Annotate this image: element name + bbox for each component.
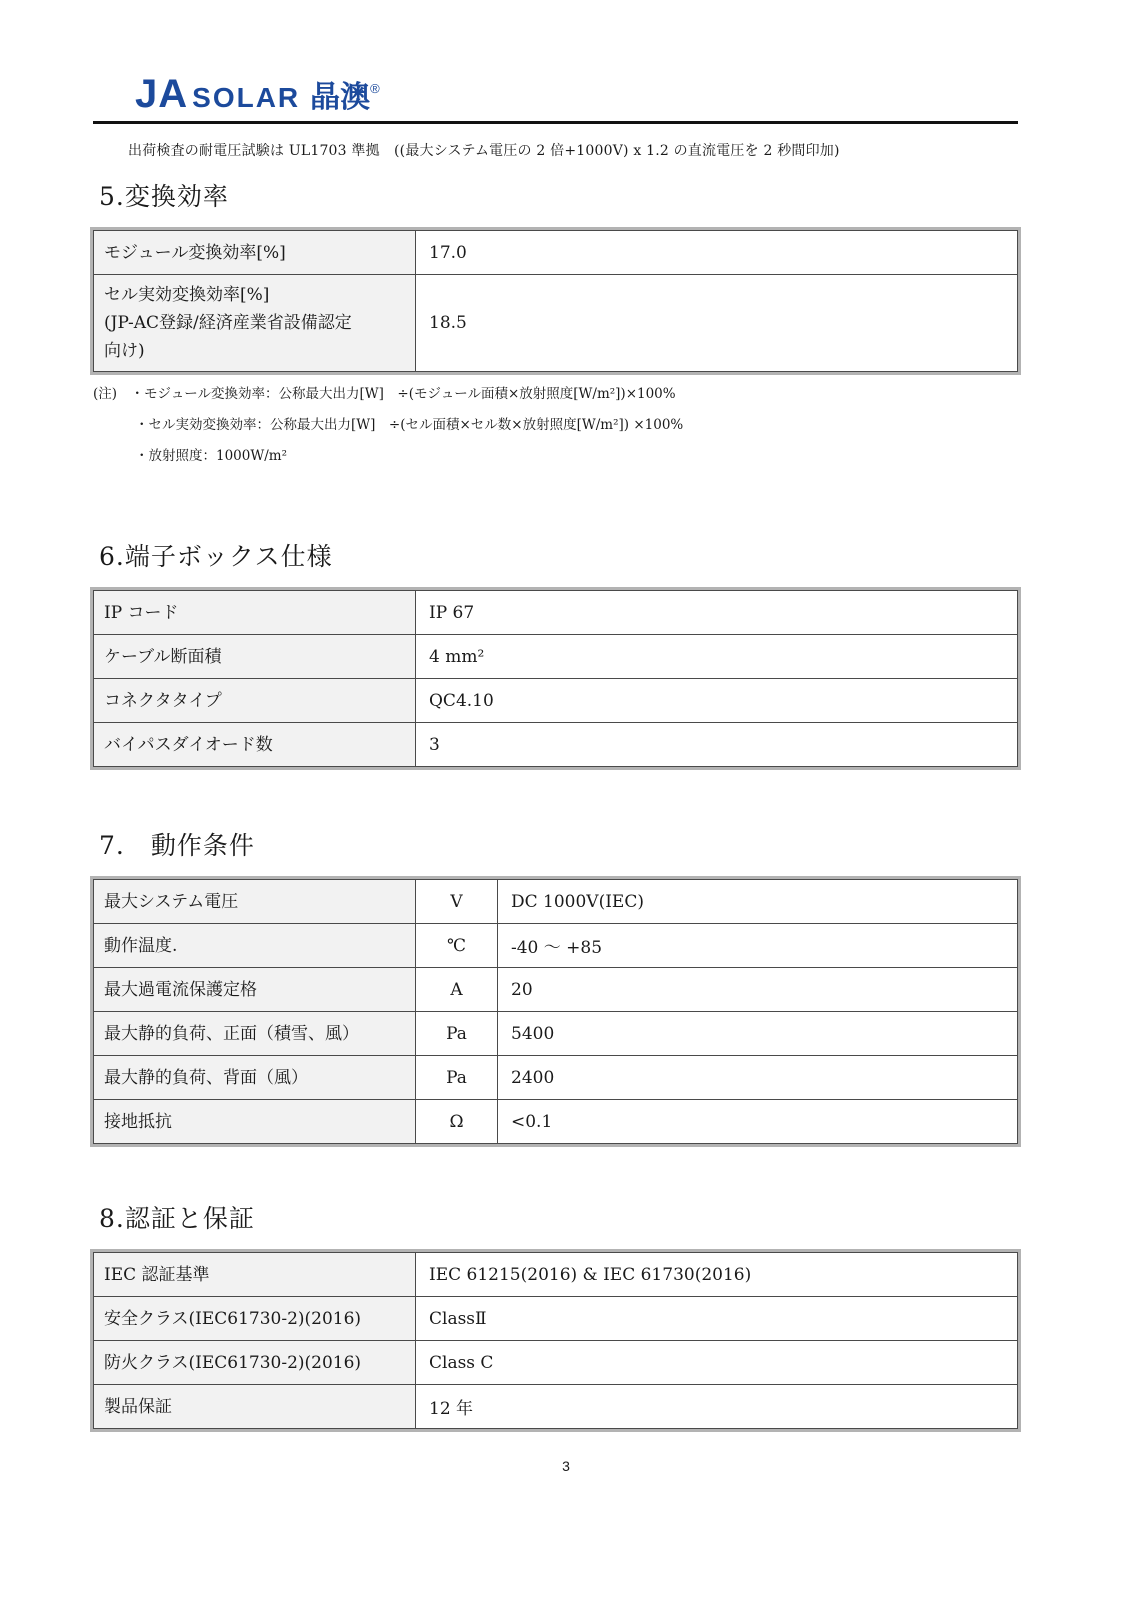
row-value: IP 67	[416, 591, 1018, 635]
section-8-title: 8.認証と保証	[99, 1202, 1018, 1236]
row-label: 安全クラス(IEC61730-2)(2016)	[94, 1297, 416, 1341]
header-divider	[93, 121, 1018, 124]
row-label: 最大過電流保護定格	[94, 968, 416, 1012]
row-value: DC 1000V(IEC)	[498, 880, 1018, 924]
table-row: 動作温度. ℃ -40 ～ +85	[94, 924, 1018, 968]
table-row: コネクタタイプ QC4.10	[94, 679, 1018, 723]
table-row: 最大静的負荷、背面（風） Pa 2400	[94, 1056, 1018, 1100]
page-number: 3	[0, 1458, 1132, 1474]
table-row: 最大過電流保護定格 A 20	[94, 968, 1018, 1012]
row-label: 最大静的負荷、背面（風）	[94, 1056, 416, 1100]
jasolar-logo: JA SOLAR 晶澳 ®	[135, 72, 1018, 118]
section-5-title: 5.変換効率	[99, 180, 1018, 214]
operating-conditions-table: 最大システム電圧 V DC 1000V(IEC) 動作温度. ℃ -40 ～ +…	[93, 879, 1018, 1144]
row-unit: Ω	[416, 1100, 498, 1144]
row-value: 2400	[498, 1056, 1018, 1100]
row-value: 4 mm²	[416, 635, 1018, 679]
junction-box-table: IP コード IP 67 ケーブル断面積 4 mm² コネクタタイプ QC4.1…	[93, 590, 1018, 767]
row-label: 最大静的負荷、正面（積雪、風）	[94, 1012, 416, 1056]
row-value: <0.1	[498, 1100, 1018, 1144]
table-row: 最大システム電圧 V DC 1000V(IEC)	[94, 880, 1018, 924]
row-unit: V	[416, 880, 498, 924]
row-value: Class C	[416, 1341, 1018, 1385]
row-label: 最大システム電圧	[94, 880, 416, 924]
row-value: ClassⅡ	[416, 1297, 1018, 1341]
table-row: 安全クラス(IEC61730-2)(2016) ClassⅡ	[94, 1297, 1018, 1341]
row-label: モジュール変換効率[%]	[94, 231, 416, 275]
row-label: IEC 認証基準	[94, 1253, 416, 1297]
row-label: バイパスダイオード数	[94, 723, 416, 767]
note-line: ・セル実効変換効率：公称最大出力[W] ÷(セル面積×セル数×放射照度[W/m²…	[135, 415, 1018, 435]
registered-mark-icon: ®	[370, 81, 380, 96]
row-unit: Pa	[416, 1012, 498, 1056]
row-label: 接地抵抗	[94, 1100, 416, 1144]
section-7-title: 7. 動作条件	[99, 829, 1018, 863]
logo-cjk-text: 晶澳	[310, 72, 370, 116]
row-label: 動作温度.	[94, 924, 416, 968]
table-row: 接地抵抗 Ω <0.1	[94, 1100, 1018, 1144]
row-unit: A	[416, 968, 498, 1012]
efficiency-notes: (注) ・モジュール変換効率：公称最大出力[W] ÷(モジュール面積×放射照度[…	[93, 384, 1018, 466]
document-page: JA SOLAR 晶澳 ® 出荷検査の耐電圧試験は UL1703 準拠 ((最大…	[0, 0, 1132, 1600]
table-row: 製品保証 12 年	[94, 1385, 1018, 1429]
row-value: IEC 61215(2016) & IEC 61730(2016)	[416, 1253, 1018, 1297]
row-unit: Pa	[416, 1056, 498, 1100]
row-value: QC4.10	[416, 679, 1018, 723]
table-row: セル実効変換効率[%] (JP-AC登録/経済産業省設備認定 向け) 18.5	[94, 275, 1018, 372]
conversion-efficiency-table: モジュール変換効率[%] 17.0 セル実効変換効率[%] (JP-AC登録/経…	[93, 230, 1018, 372]
table-row: 最大静的負荷、正面（積雪、風） Pa 5400	[94, 1012, 1018, 1056]
note-line: ・放射照度：1000W/m²	[135, 446, 1018, 466]
table-row: 防火クラス(IEC61730-2)(2016) Class C	[94, 1341, 1018, 1385]
row-value: 5400	[498, 1012, 1018, 1056]
row-value: -40 ～ +85	[498, 924, 1018, 968]
row-label: IP コード	[94, 591, 416, 635]
row-label: セル実効変換効率[%] (JP-AC登録/経済産業省設備認定 向け)	[94, 275, 416, 372]
logo-solar-text: SOLAR	[192, 82, 300, 114]
row-label: コネクタタイプ	[94, 679, 416, 723]
table-row: IEC 認証基準 IEC 61215(2016) & IEC 61730(201…	[94, 1253, 1018, 1297]
row-value: 3	[416, 723, 1018, 767]
withstand-voltage-note: 出荷検査の耐電圧試験は UL1703 準拠 ((最大システム電圧の 2 倍+10…	[128, 140, 1018, 160]
note-line: (注) ・モジュール変換効率：公称最大出力[W] ÷(モジュール面積×放射照度[…	[93, 384, 1018, 404]
logo-ja-text: JA	[135, 72, 188, 117]
table-row: IP コード IP 67	[94, 591, 1018, 635]
table-row: モジュール変換効率[%] 17.0	[94, 231, 1018, 275]
table-row: ケーブル断面積 4 mm²	[94, 635, 1018, 679]
row-label: 防火クラス(IEC61730-2)(2016)	[94, 1341, 416, 1385]
row-value: 12 年	[416, 1385, 1018, 1429]
table-row: バイパスダイオード数 3	[94, 723, 1018, 767]
row-label: 製品保証	[94, 1385, 416, 1429]
row-value: 17.0	[416, 231, 1018, 275]
row-value: 18.5	[416, 275, 1018, 372]
row-unit: ℃	[416, 924, 498, 968]
row-value: 20	[498, 968, 1018, 1012]
row-label: ケーブル断面積	[94, 635, 416, 679]
section-6-title: 6.端子ボックス仕様	[99, 540, 1018, 574]
certification-warranty-table: IEC 認証基準 IEC 61215(2016) & IEC 61730(201…	[93, 1252, 1018, 1429]
